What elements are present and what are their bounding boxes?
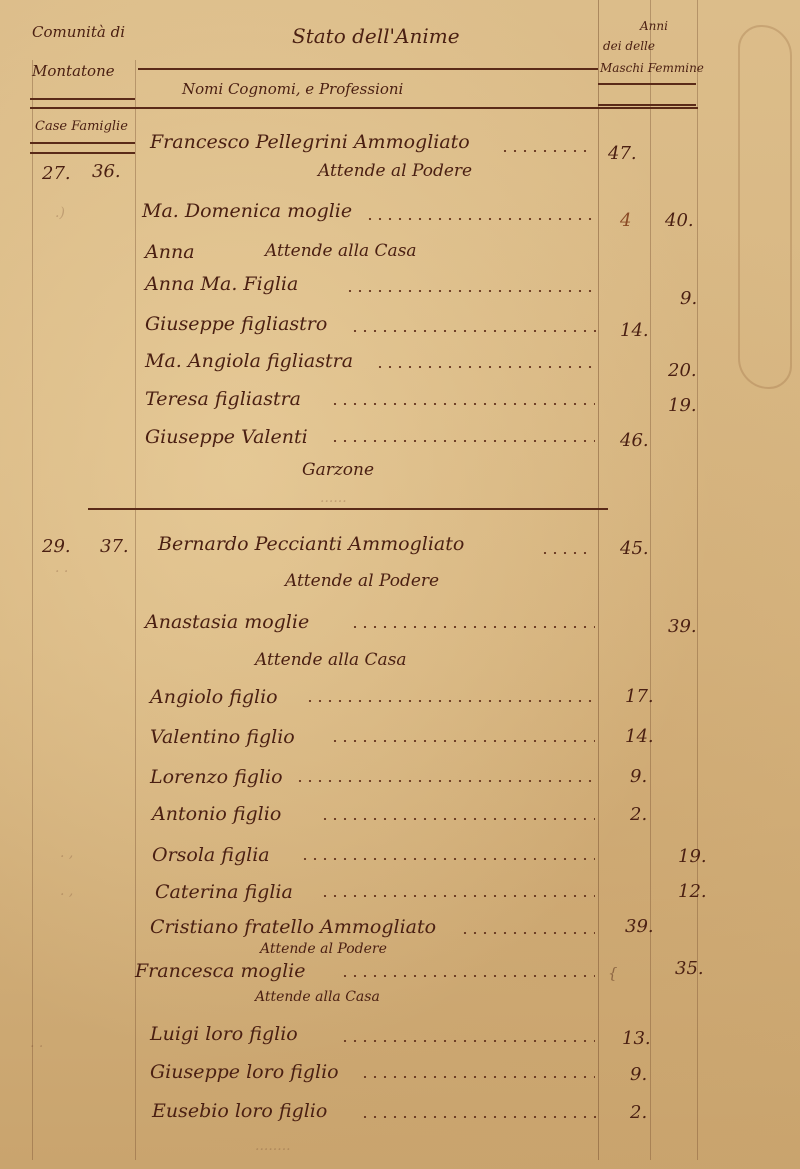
leader-dots xyxy=(305,700,595,702)
member-name: Valentino figlio xyxy=(150,728,295,747)
leader-dots xyxy=(345,290,593,292)
member-name: Giuseppe Valenti xyxy=(145,428,308,447)
ink-bleedthrough: . , xyxy=(60,883,73,899)
leader-dots xyxy=(360,1116,600,1118)
corrected-age: { xyxy=(608,966,618,981)
leader-dots xyxy=(320,895,595,897)
leader-dots xyxy=(330,740,595,742)
community-name: Montatone xyxy=(32,64,115,79)
leader-dots xyxy=(460,932,595,934)
male-age: 47. xyxy=(608,145,637,163)
ink-bleedthrough: ...... xyxy=(320,490,347,506)
male-age: 45. xyxy=(620,540,649,558)
column-header-names: Nomi Cognomi, e Professioni xyxy=(182,82,403,97)
male-age: 4 xyxy=(620,212,631,230)
member-name: Angiolo figlio xyxy=(150,688,278,707)
female-age: 12. xyxy=(678,883,707,901)
member-name: Antonio figlio xyxy=(152,805,281,824)
female-age: 35. xyxy=(675,960,704,978)
water-stain xyxy=(738,25,792,389)
ages-header-line2: dei delle xyxy=(603,40,655,54)
family-separator xyxy=(88,508,608,510)
column-rule-right xyxy=(697,0,698,1160)
male-age: 17. xyxy=(625,688,654,706)
ink-bleedthrough: .) xyxy=(55,205,65,221)
member-name: Francesca moglie xyxy=(135,962,306,981)
member-name: Ma. Domenica moglie xyxy=(142,202,352,221)
leader-dots xyxy=(375,366,595,368)
male-age: 2. xyxy=(630,1104,647,1122)
leader-dots xyxy=(365,218,593,220)
member-name: Francesco Pellegrini Ammogliato xyxy=(150,133,470,152)
member-occupation: Attende alla Casa xyxy=(255,990,380,1004)
margin-rule-left xyxy=(32,60,33,1160)
member-name: Giuseppe figliastro xyxy=(145,315,327,334)
member-occupation: Attende al Podere xyxy=(260,942,387,956)
member-name: Giuseppe loro figlio xyxy=(150,1063,339,1082)
member-name: Ma. Angiola figliastra xyxy=(145,352,353,371)
column-header-household: Case Famiglie xyxy=(35,120,128,133)
family-number: 37. xyxy=(100,538,129,556)
community-label: Comunità di xyxy=(32,25,125,40)
female-age: 39. xyxy=(668,618,697,636)
leader-dots xyxy=(340,975,595,977)
leader-dots xyxy=(320,818,595,820)
member-name: Orsola figlia xyxy=(152,846,270,865)
male-age: 13. xyxy=(622,1030,651,1048)
header-rule-2 xyxy=(30,98,135,100)
leader-dots xyxy=(360,1076,595,1078)
female-age: 40. xyxy=(665,212,694,230)
female-age: 20. xyxy=(668,362,697,380)
ages-header-line3: Maschi Femmine xyxy=(600,62,704,76)
male-age: 2. xyxy=(630,806,647,824)
member-name: Cristiano fratello Ammogliato xyxy=(150,918,436,937)
household-rule-1 xyxy=(30,142,135,144)
member-name: Lorenzo figlio xyxy=(150,768,283,787)
member-occupation: Attende alla Casa xyxy=(265,243,417,260)
male-age: 14. xyxy=(625,728,654,746)
male-age: 9. xyxy=(630,768,647,786)
member-occupation: Attende al Podere xyxy=(318,163,472,180)
member-name: Caterina figlia xyxy=(155,883,293,902)
member-occupation: Attende alla Casa xyxy=(255,652,407,669)
leader-dots xyxy=(500,150,590,152)
member-name: Bernardo Peccianti Ammogliato xyxy=(158,535,464,554)
member-name: Anna xyxy=(145,243,195,262)
male-age: 14. xyxy=(620,322,649,340)
member-occupation: Attende al Podere xyxy=(285,573,439,590)
leader-dots xyxy=(340,1040,595,1042)
leader-dots xyxy=(300,858,595,860)
page-title: Stato dell'Anime xyxy=(292,26,460,46)
female-age: 19. xyxy=(678,848,707,866)
header-rule-ages xyxy=(598,83,696,85)
leader-dots xyxy=(295,780,595,782)
female-age: 19. xyxy=(668,397,697,415)
leader-dots xyxy=(330,440,595,442)
ink-bleedthrough: ........ xyxy=(255,1138,291,1154)
leader-dots xyxy=(540,552,590,554)
leader-dots xyxy=(350,330,598,332)
male-age: 46. xyxy=(620,432,649,450)
leader-dots xyxy=(350,626,595,628)
member-name: Luigi loro figlio xyxy=(150,1025,298,1044)
family-number: 36. xyxy=(92,163,121,181)
margin-rule-household xyxy=(135,60,136,1160)
member-name: Anna Ma. Figlia xyxy=(145,275,298,294)
leader-dots xyxy=(330,403,595,405)
household-rule-2 xyxy=(30,152,135,154)
header-rule-3 xyxy=(30,107,698,109)
member-name: Teresa figliastra xyxy=(145,390,301,409)
male-age: 9. xyxy=(630,1066,647,1084)
house-number: 27. xyxy=(42,165,71,183)
column-rule-male-female xyxy=(650,0,651,1160)
ink-bleedthrough: . , xyxy=(60,845,73,861)
member-name: Eusebio loro figlio xyxy=(152,1102,327,1121)
ink-bleedthrough: . . xyxy=(55,560,68,576)
member-occupation: Garzone xyxy=(302,462,374,479)
column-rule-names-end xyxy=(598,0,599,1160)
ink-bleedthrough: . . xyxy=(30,1035,43,1051)
ages-header-line1: Anni xyxy=(640,20,668,34)
header-rule-1 xyxy=(138,68,598,70)
house-number: 29. xyxy=(42,538,71,556)
member-name: Anastasia moglie xyxy=(145,613,309,632)
female-age: 9. xyxy=(680,290,697,308)
header-rule-ages-2 xyxy=(598,104,696,106)
male-age: 39. xyxy=(625,918,654,936)
